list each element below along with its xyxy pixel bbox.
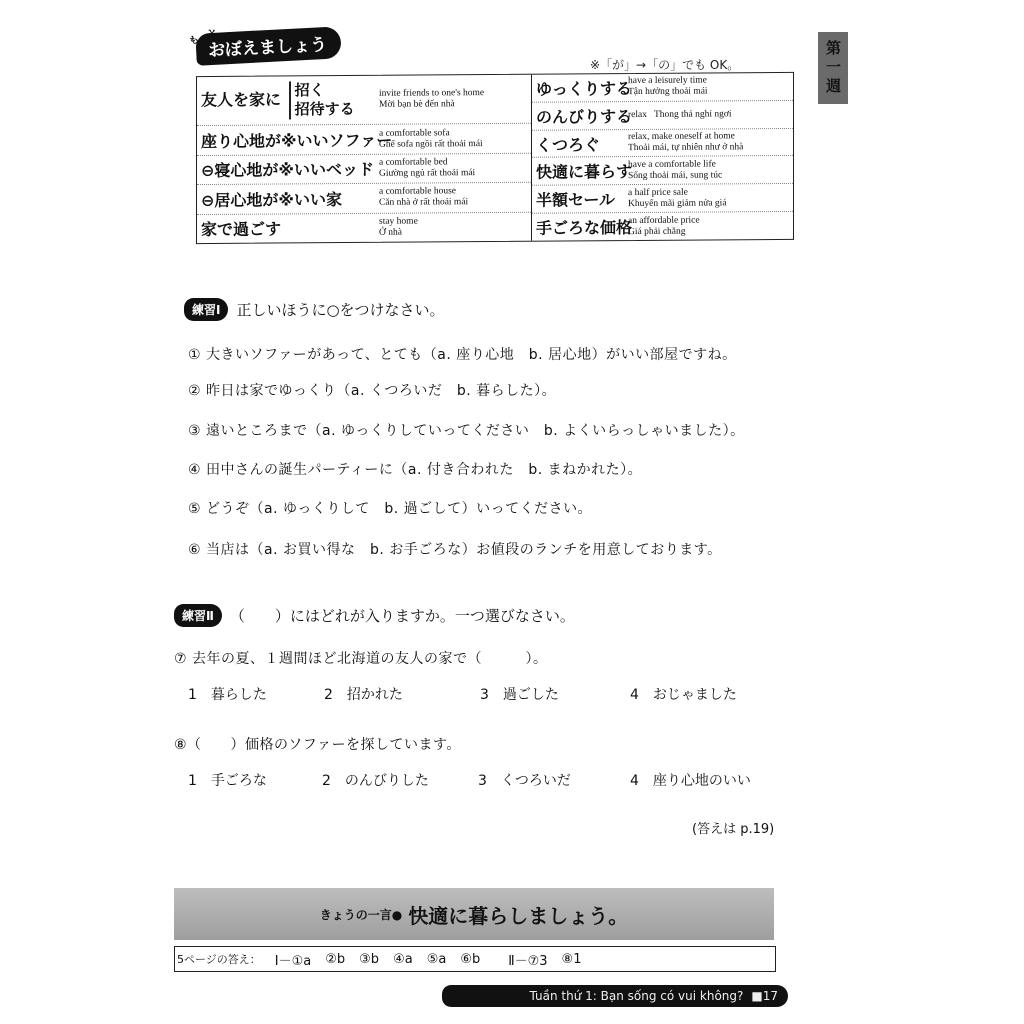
vocab-vi: Căn nhà ở rất thoải mái	[379, 198, 468, 210]
option: 2 招かれた	[324, 684, 480, 704]
vocab-definition: have a leisurely time Tận hưởng thoải má…	[628, 76, 708, 99]
vocab-term: 半額セール	[536, 187, 628, 211]
vocab-en: have a comfortable life	[628, 159, 722, 171]
answer: Ⅰ－①a	[275, 950, 311, 969]
answer-reference: (答えは p.19)	[692, 818, 774, 837]
question-7: ⑦ 去年の夏、１週間ほど北海道の友人の家で（ ）。	[174, 648, 548, 668]
vocab-definition: have a comfortable life Sống thoải mái, …	[628, 159, 722, 182]
question-2: ② 昨日は家でゆっくり（a. くつろいだ b. 暮らした）。	[188, 380, 556, 400]
chapter-title: Tuần thứ 1: Bạn sống có vui không?	[530, 989, 744, 1003]
vocab-definition: relax, make oneself at home Thoải mái, t…	[628, 131, 743, 154]
vocab-en: a half price sale	[628, 187, 727, 199]
vocab-en: invite friends to one's home	[379, 88, 484, 100]
vocab-vi: Ghế sofa ngồi rất thoải mái	[379, 139, 483, 151]
vocab-term: ⊖寝心地が※いいベッド	[201, 157, 379, 181]
answer: ⑤a	[427, 952, 447, 967]
vocab-row: くつろぐ relax, make oneself at home Thoải m…	[532, 129, 793, 159]
vocab-choices: 招く 招待する	[289, 81, 355, 119]
vocab-en: a comfortable sofa	[379, 128, 483, 140]
vocab-definition: a comfortable house Căn nhà ở rất thoải …	[379, 187, 468, 210]
question-3: ③ 遠いところまで（a. ゆっくりしていってください b. よくいらっしゃいまし…	[188, 420, 745, 440]
vocab-term: ⊖居心地が※いい家	[201, 187, 379, 211]
vocab-vi: Ở nhà	[379, 227, 418, 238]
question-5: ⑤ どうぞ（a. ゆっくりして b. 過ごして）いってください。	[188, 498, 592, 518]
option: 4 座り心地のいい	[630, 770, 751, 790]
vocab-definition: relax Thong thả nghỉ ngơi	[628, 109, 732, 121]
vocab-definition: a half price sale Khuyến mãi giảm nửa gi…	[628, 187, 727, 210]
answer: ⑧1	[562, 952, 582, 967]
exercise1-header: 練習Ⅰ 正しいほうに○をつけなさい。	[184, 298, 445, 321]
exercise1-badge: 練習Ⅰ	[184, 298, 228, 321]
exercise2-instruction: （ ）にはどれが入りますか。一つ選びなさい。	[230, 605, 575, 626]
vocab-row: ⊖寝心地が※いいベッド a comfortable bed Giường ngủ…	[197, 153, 531, 185]
option: 1 暮らした	[188, 684, 324, 704]
exercise2-header: 練習Ⅱ （ ）にはどれが入りますか。一つ選びなさい。	[174, 604, 575, 627]
vocab-row: ⊖居心地が※いい家 a comfortable house Căn nhà ở …	[197, 183, 531, 215]
vocab-table: 友人を家に 招く 招待する invite friends to one's ho…	[196, 72, 794, 244]
vocab-row: 家で過ごす stay home Ở nhà	[197, 212, 531, 243]
page-number: ■17	[751, 989, 778, 1003]
question-1: ① 大きいソファーがあって、とても（a. 座り心地 b. 居心地）がいい部屋です…	[188, 344, 737, 364]
vocab-choice: 招待する	[295, 100, 355, 119]
question-7-options: 1 暮らした 2 招かれた 3 過ごした 4 おじゃました	[188, 684, 737, 704]
section-title: おぼえましょう	[195, 26, 341, 66]
vocab-row: 快適に暮らす have a comfortable life Sống thoả…	[532, 156, 793, 186]
option: 4 おじゃました	[630, 684, 737, 704]
vocab-row: のんびりする relax Thong thả nghỉ ngơi	[532, 101, 793, 131]
vocab-term: 手ごろな価格	[536, 215, 628, 239]
vocab-column-right: ゆっくりする have a leisurely time Tận hưởng t…	[532, 73, 793, 241]
vocab-row: ゆっくりする have a leisurely time Tận hưởng t…	[532, 73, 793, 103]
exercise2-badge: 練習Ⅱ	[174, 604, 222, 627]
option: 1 手ごろな	[188, 770, 322, 790]
exercise1-instruction: 正しいほうに○をつけなさい。	[236, 299, 444, 320]
vocab-term-prefix: 友人を家に	[201, 90, 281, 110]
answer: ②b	[325, 952, 345, 967]
answer: Ⅱ－⑦3	[508, 950, 547, 969]
vocab-en: an affordable price	[628, 215, 700, 226]
vocab-term: 友人を家に 招く 招待する	[201, 81, 379, 120]
vocab-definition: an affordable price Giá phải chăng	[628, 215, 700, 237]
chapter-footer: Tuần thứ 1: Bạn sống có vui không? ■17	[442, 985, 788, 1007]
vocab-en: relax	[628, 110, 647, 120]
vocab-column-left: 友人を家に 招く 招待する invite friends to one's ho…	[197, 75, 532, 243]
vocab-choice: 招く	[295, 81, 355, 100]
phrase-label: きょうの一言●	[320, 906, 402, 923]
vocab-term: 快適に暮らす	[536, 159, 628, 183]
vocab-term: ゆっくりする	[536, 76, 628, 100]
vocab-term: 座り心地が※いいソファー	[201, 128, 379, 152]
phrase-of-the-day: きょうの一言● 快適に暮らしましょう。	[174, 888, 774, 940]
vocab-term: のんびりする	[536, 104, 628, 128]
vocab-en: relax, make oneself at home	[628, 131, 743, 143]
question-6: ⑥ 当店は（a. お買い得な b. お手ごろな）お値段のランチを用意しております…	[188, 539, 722, 559]
vocab-vi: Thoải mái, tự nhiên như ở nhà	[628, 142, 743, 154]
option: 3 くつろいだ	[478, 770, 630, 790]
vocab-en: stay home	[379, 216, 418, 227]
vocab-definition: invite friends to one's home Mời bạn bè …	[379, 88, 484, 111]
question-8: ⑧（ ）価格のソファーを探しています。	[174, 734, 461, 754]
option: 2 のんびりした	[322, 770, 478, 790]
answer: ⑥b	[460, 952, 480, 967]
vocab-definition: stay home Ở nhà	[379, 216, 418, 238]
vocab-term: くつろぐ	[536, 132, 628, 156]
question-4: ④ 田中さんの誕生パーティーに（a. 付き合われた b. まねかれた）。	[188, 459, 642, 479]
answer: ③b	[359, 952, 379, 967]
vocab-vi: Giá phải chăng	[628, 226, 700, 237]
vocab-row: 座り心地が※いいソファー a comfortable sofa Ghế sofa…	[197, 124, 531, 156]
vocab-vi: Tận hưởng thoải mái	[628, 87, 708, 99]
vocab-vi: Thong thả nghỉ ngơi	[654, 109, 732, 120]
vocab-vi: Khuyến mãi giảm nửa giá	[628, 198, 727, 210]
vocab-row: 半額セール a half price sale Khuyến mãi giảm …	[532, 184, 793, 214]
vocab-definition: a comfortable sofa Ghế sofa ngồi rất tho…	[379, 128, 483, 151]
previous-answers: 5ページの答え： Ⅰ－①a ②b ③b ④a ⑤a ⑥b Ⅱ－⑦3 ⑧1	[174, 946, 776, 972]
question-8-options: 1 手ごろな 2 のんびりした 3 くつろいだ 4 座り心地のいい	[188, 770, 751, 790]
vocab-vi: Mời bạn bè đến nhà	[379, 99, 484, 111]
answers-label: 5ページの答え：	[177, 951, 261, 967]
vocab-definition: a comfortable bed Giường ngủ rất thoải m…	[379, 157, 475, 180]
option: 3 過ごした	[480, 684, 630, 704]
vocab-vi: Giường ngủ rất thoải mái	[379, 168, 475, 180]
week-tab: 第一週	[818, 32, 848, 104]
phrase-text: 快適に暮らしましょう。	[408, 900, 628, 929]
answer: ④a	[393, 952, 413, 967]
vocab-term: 家で過ごす	[201, 216, 379, 240]
vocab-en: a comfortable bed	[379, 157, 475, 169]
vocab-vi: Sống thoải mái, sung túc	[628, 170, 722, 182]
vocab-en: have a leisurely time	[628, 76, 708, 88]
vocab-row: 手ごろな価格 an affordable price Giá phải chăn…	[532, 212, 793, 241]
note-text: ※「が」→「の」でも OK。	[590, 56, 739, 73]
vocab-row: 友人を家に 招く 招待する invite friends to one's ho…	[197, 75, 531, 127]
